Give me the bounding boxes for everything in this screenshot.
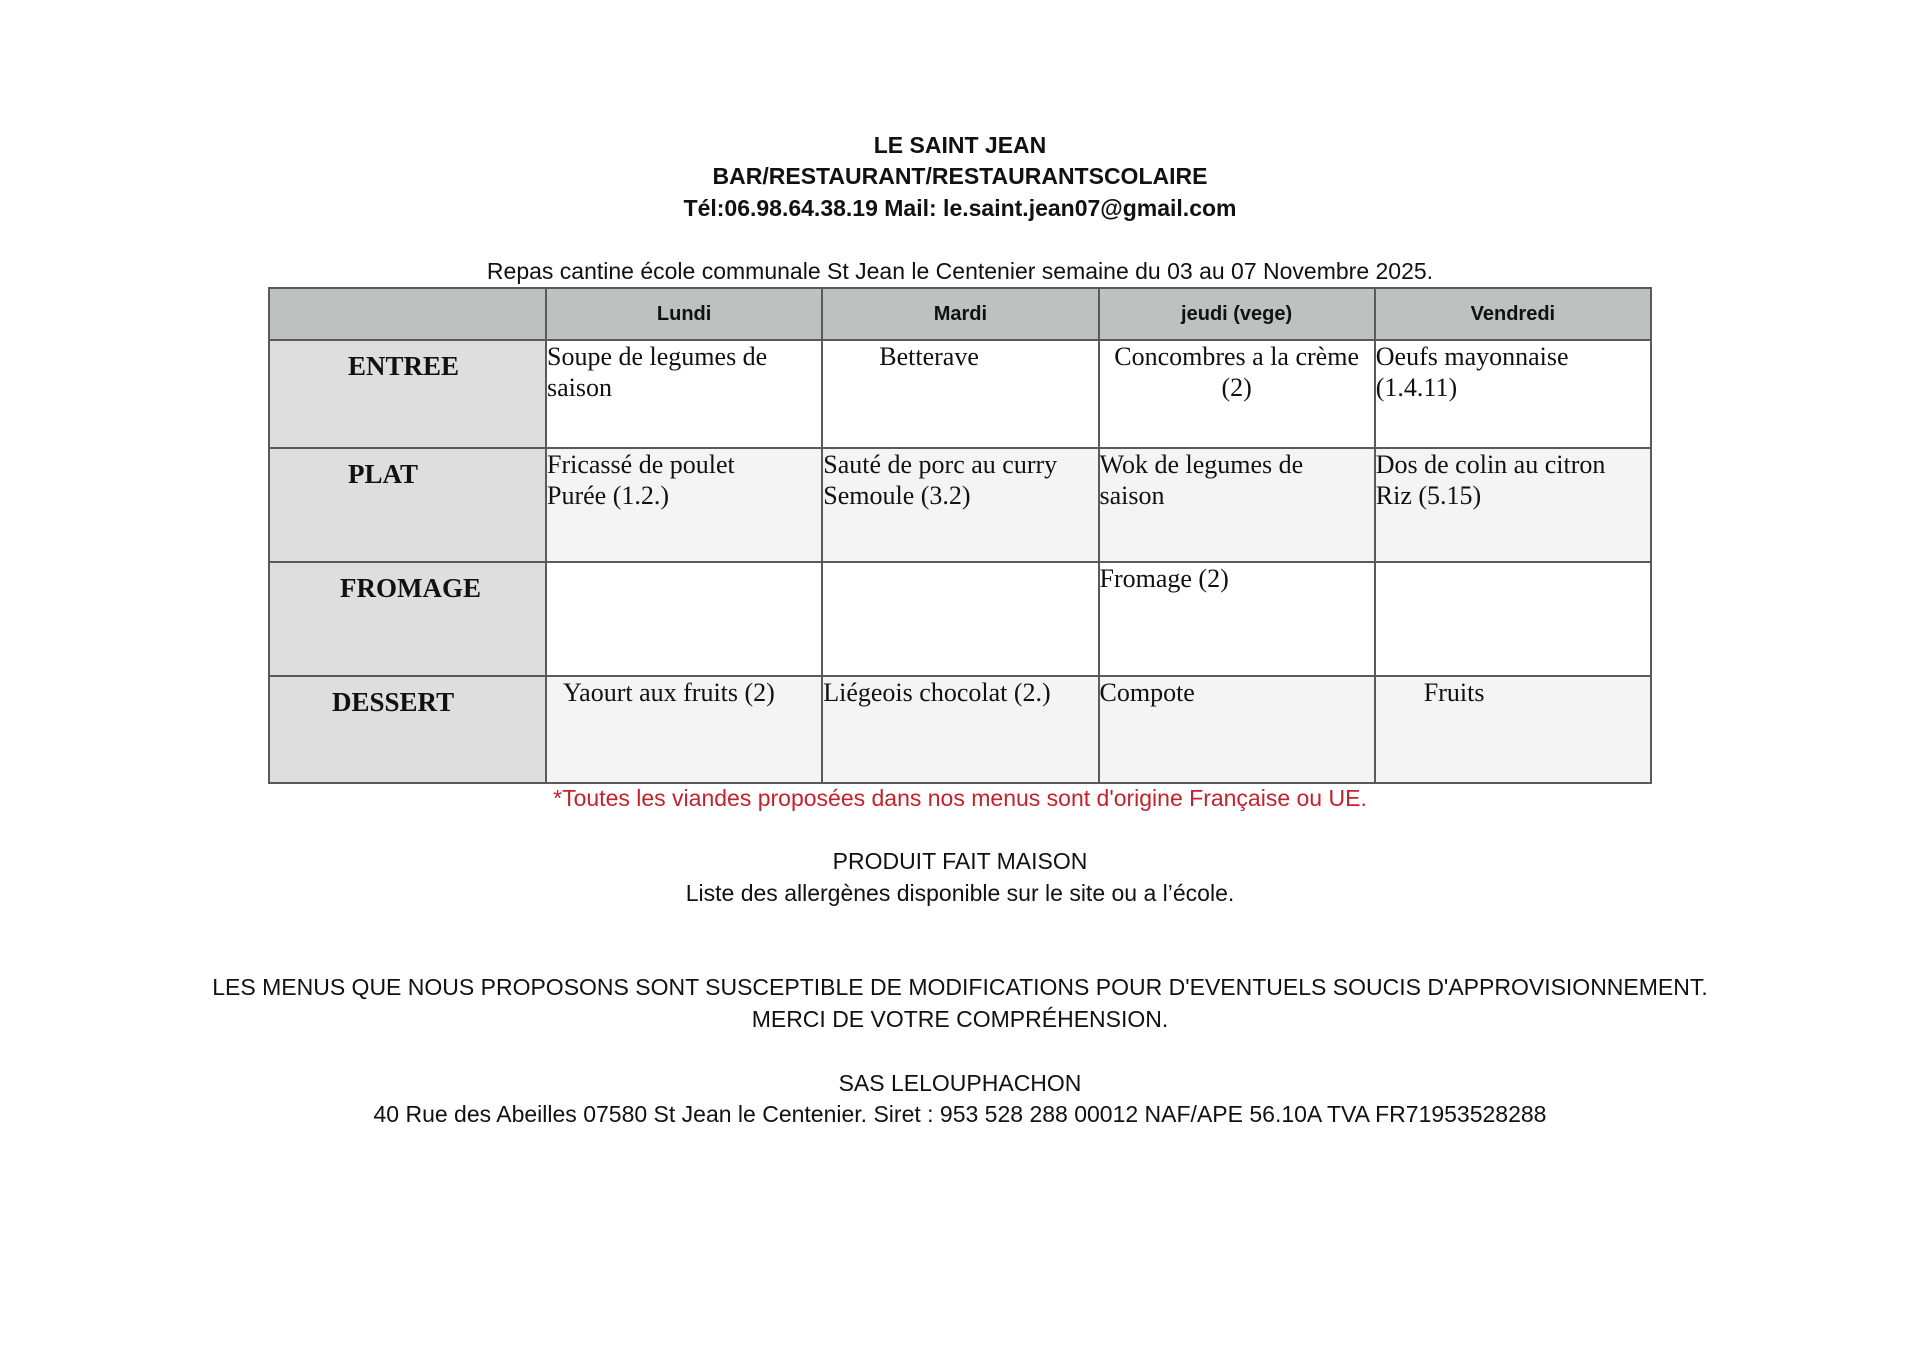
menu-cell: Soupe de legumes de saison [546, 340, 822, 448]
menu-cell [822, 562, 1098, 676]
menu-cell: Dos de colin au citron Riz (5.15) [1375, 448, 1651, 562]
homemade-note: PRODUIT FAIT MAISON [0, 848, 1920, 875]
menu-cell: Concombres a la crème (2) [1099, 340, 1375, 448]
table-row: ENTREE Soupe de legumes de saison Better… [269, 340, 1651, 448]
row-label-fromage: FROMAGE [270, 563, 545, 604]
menu-cell: Fruits [1375, 676, 1651, 783]
weekly-menu-table: Lundi Mardi jeudi (vege) Vendredi ENTREE… [268, 287, 1652, 784]
menu-cell [546, 562, 822, 676]
menu-cell: Fricassé de poulet Purée (1.2.) [546, 448, 822, 562]
row-label-dessert: DESSERT [270, 677, 545, 718]
table-row: PLAT Fricassé de poulet Purée (1.2.) Sau… [269, 448, 1651, 562]
menu-cell: Liégeois chocolat (2.) [822, 676, 1098, 783]
restaurant-name: LE SAINT JEAN [0, 132, 1920, 159]
table-row: DESSERT Yaourt aux fruits (2) Liégeois c… [269, 676, 1651, 783]
menu-cell: Fromage (2) [1099, 562, 1375, 676]
company-address: 40 Rue des Abeilles 07580 St Jean le Cen… [0, 1101, 1920, 1128]
menu-cell: Yaourt aux fruits (2) [546, 676, 822, 783]
menu-intro: Repas cantine école communale St Jean le… [0, 258, 1920, 285]
table-row: FROMAGE Fromage (2) [269, 562, 1651, 676]
menu-cell: Wok de legumes de saison [1099, 448, 1375, 562]
meat-origin-note: *Toutes les viandes proposées dans nos m… [0, 785, 1920, 812]
day-header: Mardi [822, 288, 1098, 340]
corner-cell [269, 288, 546, 340]
allergens-note: Liste des allergènes disponible sur le s… [0, 880, 1920, 907]
menu-cell: Betterave [822, 340, 1098, 448]
menu-cell: Sauté de porc au curry Semoule (3.2) [822, 448, 1098, 562]
restaurant-contact: Tél:06.98.64.38.19 Mail: le.saint.jean07… [0, 195, 1920, 222]
restaurant-subtitle: BAR/RESTAURANT/RESTAURANTSCOLAIRE [0, 163, 1920, 190]
day-header: Lundi [546, 288, 822, 340]
row-label-entree: ENTREE [270, 341, 545, 382]
disclaimer-note: LES MENUS QUE NOUS PROPOSONS SONT SUSCEP… [0, 974, 1920, 1001]
company-name: SAS LELOUPHACHON [0, 1070, 1920, 1097]
day-header: Vendredi [1375, 288, 1651, 340]
row-label-plat: PLAT [270, 449, 545, 490]
menu-cell: Compote [1099, 676, 1375, 783]
menu-cell: Oeufs mayonnaise (1.4.11) [1375, 340, 1651, 448]
day-header: jeudi (vege) [1099, 288, 1375, 340]
thanks-note: MERCI DE VOTRE COMPRÉHENSION. [0, 1006, 1920, 1033]
table-header-row: Lundi Mardi jeudi (vege) Vendredi [269, 288, 1651, 340]
menu-cell [1375, 562, 1651, 676]
